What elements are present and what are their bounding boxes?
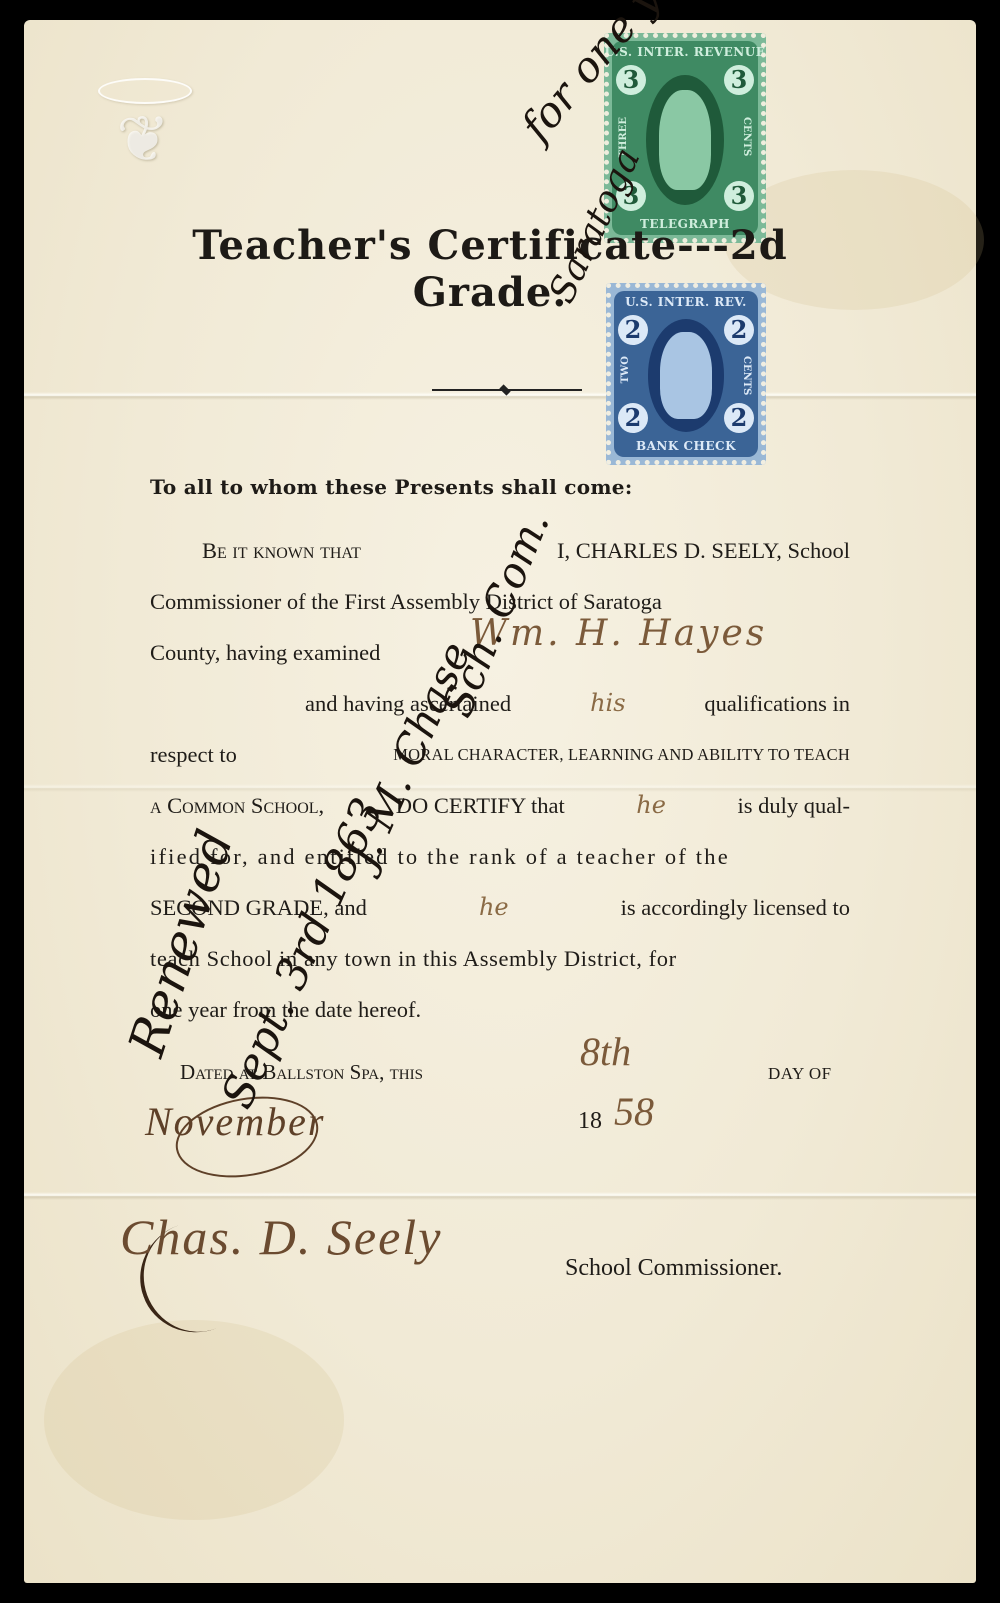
day-of-label: DAY OF	[768, 1064, 832, 1084]
body-text: respect to	[150, 729, 237, 780]
dated-location: Dated at Ballston Spa, this	[180, 1060, 423, 1085]
handwritten-pronoun: his	[590, 678, 625, 729]
body-text: Be it known that	[150, 525, 361, 576]
handwritten-day: 8th	[580, 1028, 631, 1075]
revenue-stamp-telegraph: U.S. INTER. REVENUE TELEGRAPH THREE CENT…	[604, 33, 766, 243]
commissioner-signature: Chas. D. Seely	[120, 1208, 442, 1266]
body-text: DO CERTIFY that	[396, 780, 565, 831]
body-text: qualifications in	[704, 678, 850, 729]
handwritten-pronoun: he	[636, 780, 666, 831]
fold-line	[24, 392, 976, 400]
commissioner-title: School Commissioner.	[565, 1255, 782, 1282]
body-text: MORAL CHARACTER, LEARNING AND ABILITY TO…	[393, 729, 850, 780]
certificate-title: Teacher's Certificate---2d Grade.	[130, 222, 850, 316]
body-text: a Common School,	[150, 780, 324, 831]
body-text: is duly qual-	[737, 780, 850, 831]
salutation: To all to whom these Presents shall come…	[150, 475, 633, 499]
body-text: I, CHARLES D. SEELY, School	[557, 525, 850, 576]
decorative-rule	[432, 389, 582, 391]
body-text: is accordingly licensed to	[621, 882, 850, 933]
body-text: ified for, and entitled to the rank of a…	[150, 831, 850, 882]
embossed-eagle-seal-icon: ❦	[78, 70, 208, 190]
handwritten-pronoun: he	[479, 882, 509, 933]
body-text: teach School in any town in this Assembl…	[150, 933, 850, 984]
year-handwritten: 58	[614, 1088, 654, 1135]
paper-stain	[44, 1320, 344, 1520]
fold-line	[24, 1192, 976, 1200]
year-printed: 18	[578, 1108, 602, 1135]
